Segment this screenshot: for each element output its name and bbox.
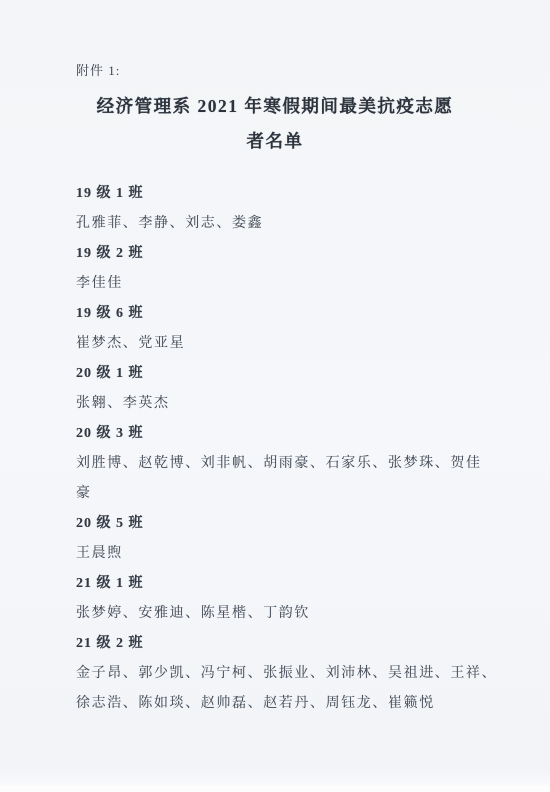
document-title-line1: 经济管理系 2021 年寒假期间最美抗疫志愿 — [30, 89, 520, 124]
attachment-label: 附件 1: — [76, 60, 120, 79]
names-line: 李佳佳 — [76, 269, 500, 299]
names-line: 刘胜博、赵乾博、刘非帆、胡雨豪、石家乐、张梦珠、贺佳 — [76, 449, 500, 479]
names-line: 豪 — [76, 479, 500, 509]
class-label: 19 级 1 班 — [76, 179, 500, 209]
document-title-line2: 者名单 — [30, 124, 520, 159]
class-label: 20 级 1 班 — [76, 359, 500, 389]
names-line: 王晨煦 — [76, 539, 500, 569]
names-line: 徐志浩、陈如琰、赵帅磊、赵若丹、周钰龙、崔籁悦 — [76, 689, 500, 719]
names-line: 张翱、李英杰 — [76, 389, 500, 419]
names-line: 金子昂、郭少凯、冯宁柯、张振业、刘沛林、吴祖进、王祥、 — [76, 659, 500, 689]
names-line: 张梦婷、安雅迪、陈星楷、丁韵钦 — [76, 599, 500, 629]
class-label: 19 级 6 班 — [76, 299, 500, 329]
names-line: 孔雅菲、李静、刘志、娄鑫 — [76, 209, 500, 239]
names-line: 崔梦杰、党亚星 — [76, 329, 500, 359]
class-label: 19 级 2 班 — [76, 239, 500, 269]
class-label: 21 级 2 班 — [76, 629, 500, 659]
class-label: 20 级 3 班 — [76, 419, 500, 449]
document-title: 经济管理系 2021 年寒假期间最美抗疫志愿 者名单 — [30, 89, 520, 159]
class-label: 20 级 5 班 — [76, 509, 500, 539]
scanned-document-page: 附件 1: 经济管理系 2021 年寒假期间最美抗疫志愿 者名单 19 级 1 … — [0, 0, 550, 792]
page-bottom-edge — [0, 785, 550, 792]
class-label: 21 级 1 班 — [76, 569, 500, 599]
volunteer-list: 19 级 1 班孔雅菲、李静、刘志、娄鑫19 级 2 班李佳佳19 级 6 班崔… — [76, 179, 500, 719]
